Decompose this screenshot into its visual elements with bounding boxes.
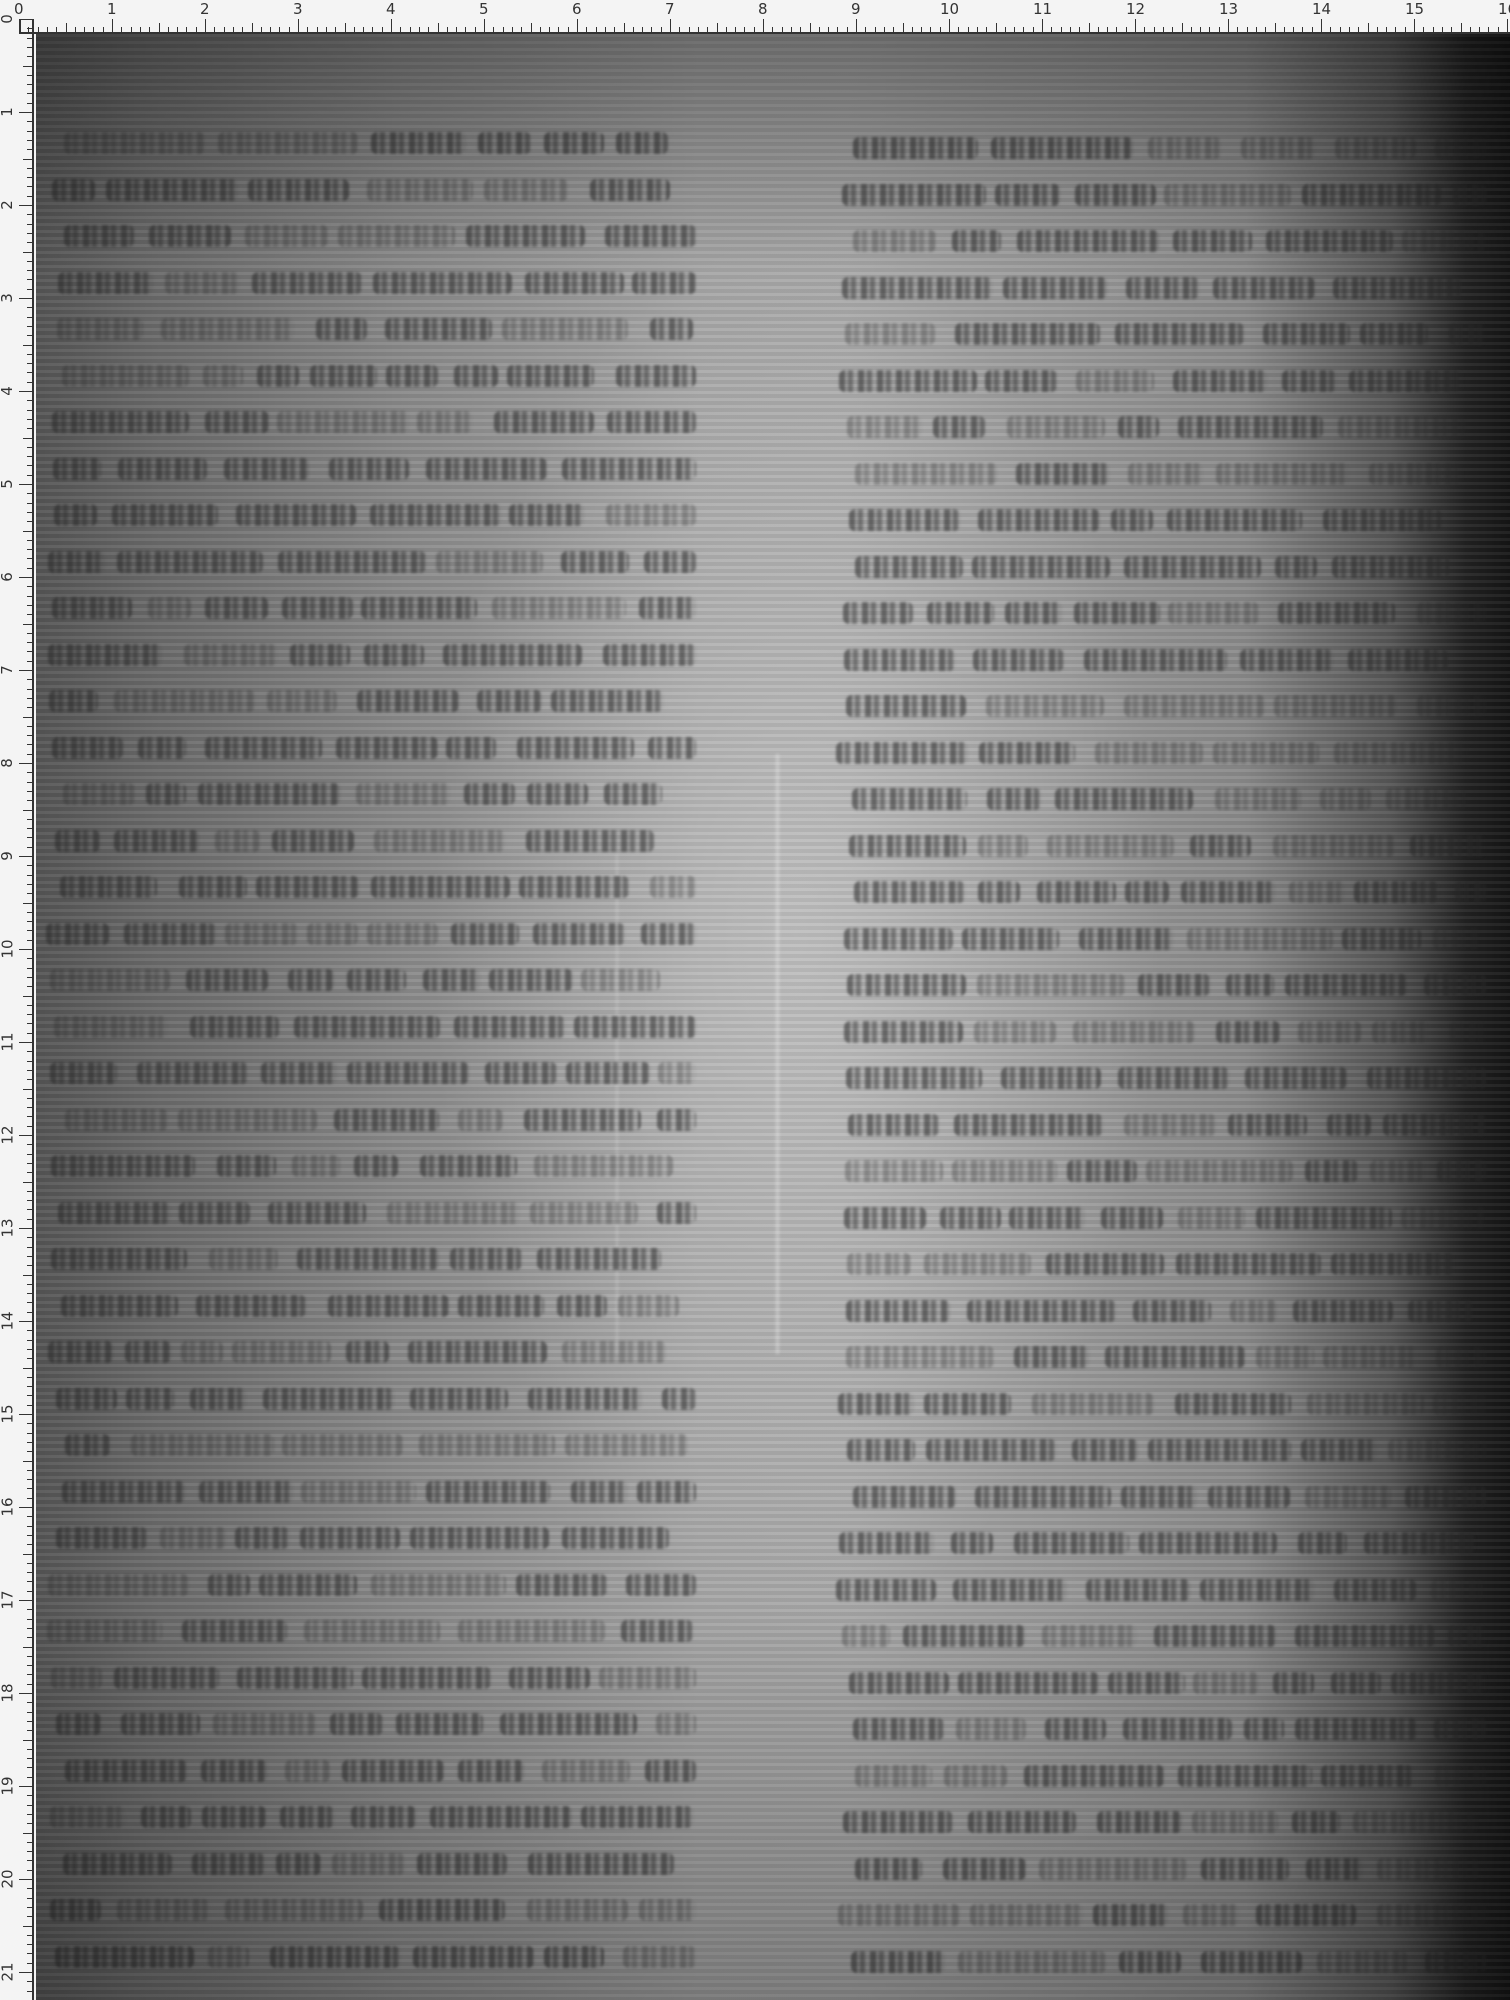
top-ruler-label: 13 <box>1219 0 1238 18</box>
left-ruler-tick <box>19 1786 34 1787</box>
left-ruler-label: 6 <box>0 572 16 582</box>
left-ruler-tick <box>23 159 34 160</box>
top-ruler-tick <box>503 27 504 34</box>
top-ruler-tick <box>279 27 280 34</box>
top-ruler-tick <box>763 19 764 34</box>
left-ruler-tick <box>19 1228 34 1229</box>
left-ruler-tick <box>27 1405 34 1406</box>
top-ruler-tick <box>782 27 783 34</box>
left-ruler-tick <box>19 19 34 20</box>
left-ruler-tick <box>23 1740 34 1741</box>
left-ruler-tick <box>27 354 34 355</box>
left-ruler-tick <box>19 856 34 857</box>
left-ruler-tick <box>27 335 34 336</box>
left-ruler-label: 8 <box>0 758 16 768</box>
top-ruler-tick <box>651 27 652 34</box>
left-ruler-tick <box>27 1870 34 1871</box>
top-ruler-tick <box>168 27 169 34</box>
left-ruler-tick <box>27 1842 34 1843</box>
top-ruler-label: 7 <box>665 0 675 18</box>
top-ruler-tick <box>224 27 225 34</box>
top-ruler-tick <box>270 27 271 34</box>
left-ruler-tick <box>27 968 34 969</box>
top-ruler-tick <box>1228 19 1229 34</box>
left-ruler-tick <box>27 1572 34 1573</box>
top-ruler-tick <box>1386 27 1387 34</box>
top-ruler-tick <box>475 27 476 34</box>
top-ruler-tick <box>1321 19 1322 34</box>
left-ruler-tick <box>27 1544 34 1545</box>
top-ruler-tick <box>1368 23 1369 34</box>
top-ruler-tick <box>810 23 811 34</box>
left-ruler-tick <box>23 1461 34 1462</box>
top-ruler-tick <box>512 27 513 34</box>
top-ruler-tick <box>75 27 76 34</box>
top-ruler-tick <box>465 27 466 34</box>
left-ruler-tick <box>27 596 34 597</box>
left-ruler-tick <box>27 28 34 29</box>
left-ruler-tick <box>27 1498 34 1499</box>
top-ruler-tick <box>1284 27 1285 34</box>
left-ruler-tick <box>27 1991 34 1992</box>
top-ruler-tick <box>186 27 187 34</box>
top-ruler-tick <box>1498 27 1499 34</box>
left-ruler-tick <box>27 1191 34 1192</box>
top-ruler-tick <box>484 19 485 34</box>
top-ruler-label: 6 <box>572 0 582 18</box>
top-ruler-tick <box>930 27 931 34</box>
top-ruler-tick <box>1265 27 1266 34</box>
top-ruler-tick <box>317 27 318 34</box>
left-ruler-tick <box>27 754 34 755</box>
left-ruler-tick <box>27 707 34 708</box>
top-ruler-tick <box>1033 27 1034 34</box>
left-ruler-tick <box>27 1526 34 1527</box>
left-ruler-label: 14 <box>0 1311 17 1330</box>
left-ruler-tick <box>27 1163 34 1164</box>
top-ruler-tick <box>865 27 866 34</box>
left-ruler-tick <box>27 75 34 76</box>
top-ruler-tick <box>84 27 85 34</box>
left-ruler-tick <box>27 1953 34 1954</box>
top-ruler-tick <box>558 27 559 34</box>
left-ruler-label: 19 <box>0 1776 17 1795</box>
top-ruler-tick <box>856 19 857 34</box>
top-ruler-tick <box>1163 27 1164 34</box>
left-ruler-tick <box>27 400 34 401</box>
left-ruler-tick <box>27 326 34 327</box>
left-ruler-tick <box>27 196 34 197</box>
top-ruler-tick <box>438 23 439 34</box>
top-ruler-tick <box>1340 27 1341 34</box>
top-ruler-tick <box>1135 19 1136 34</box>
left-ruler-tick <box>19 391 34 392</box>
top-ruler-tick <box>1330 27 1331 34</box>
top-ruler-tick <box>1377 27 1378 34</box>
top-ruler-tick <box>289 27 290 34</box>
left-ruler-tick <box>27 568 34 569</box>
top-ruler-tick <box>1395 27 1396 34</box>
left-ruler-tick <box>27 1628 34 1629</box>
top-ruler-tick <box>1014 27 1015 34</box>
left-ruler-tick <box>27 93 34 94</box>
top-ruler-tick <box>670 19 671 34</box>
top-ruler-label: 10 <box>940 0 959 18</box>
left-ruler-tick <box>27 586 34 587</box>
left-ruler-label: 18 <box>0 1683 17 1702</box>
left-ruler-tick <box>27 1851 34 1852</box>
left-ruler-tick <box>27 279 34 280</box>
top-ruler-tick <box>1172 27 1173 34</box>
top-ruler-tick <box>828 27 829 34</box>
left-ruler-label: 21 <box>0 1962 17 1981</box>
top-ruler-tick <box>1154 27 1155 34</box>
left-ruler-tick <box>27 503 34 504</box>
top-ruler-tick <box>679 27 680 34</box>
left-ruler-tick <box>27 475 34 476</box>
left-ruler-label: 4 <box>0 386 16 396</box>
top-ruler-tick <box>205 19 206 34</box>
top-ruler-tick <box>1209 27 1210 34</box>
left-ruler-tick <box>27 1721 34 1722</box>
left-ruler-tick <box>27 214 34 215</box>
left-ruler-tick <box>27 1005 34 1006</box>
left-ruler-tick <box>27 1916 34 1917</box>
left-ruler-tick <box>27 1860 34 1861</box>
left-ruler-tick <box>27 521 34 522</box>
top-ruler-tick <box>1061 27 1062 34</box>
left-ruler-tick <box>27 1172 34 1173</box>
left-ruler-tick <box>27 549 34 550</box>
top-ruler-tick <box>1405 27 1406 34</box>
left-ruler-tick <box>27 1247 34 1248</box>
left-ruler-tick <box>23 1833 34 1834</box>
top-ruler-tick <box>521 27 522 34</box>
left-ruler-tick <box>27 875 34 876</box>
left-ruler-tick <box>27 540 34 541</box>
top-ruler-tick <box>726 27 727 34</box>
top-ruler-tick <box>140 27 141 34</box>
left-ruler-tick <box>27 847 34 848</box>
top-ruler-tick <box>1433 27 1434 34</box>
left-ruler-tick <box>27 977 34 978</box>
left-ruler-tick <box>27 912 34 913</box>
left-ruler-tick <box>27 56 34 57</box>
left-ruler-tick <box>27 1758 34 1759</box>
top-ruler-label: 1 <box>107 0 117 18</box>
left-ruler-tick <box>27 1154 34 1155</box>
left-ruler-tick <box>23 903 34 904</box>
left-ruler-tick <box>27 1237 34 1238</box>
top-ruler-tick <box>1349 27 1350 34</box>
left-ruler-tick <box>19 1693 34 1694</box>
left-ruler-tick <box>27 1395 34 1396</box>
left-ruler-tick <box>19 1042 34 1043</box>
top-ruler-tick <box>66 23 67 34</box>
left-ruler-tick <box>27 168 34 169</box>
left-ruler-tick <box>19 205 34 206</box>
left-ruler-tick <box>27 1712 34 1713</box>
top-ruler-tick <box>382 27 383 34</box>
top-ruler-tick <box>819 27 820 34</box>
top-ruler-tick <box>410 27 411 34</box>
top-ruler-tick <box>875 27 876 34</box>
left-ruler-tick <box>27 1293 34 1294</box>
top-ruler-tick <box>698 27 699 34</box>
top-ruler-tick <box>531 23 532 34</box>
top-ruler-tick <box>391 19 392 34</box>
left-ruler-tick <box>23 1275 34 1276</box>
left-ruler-tick <box>27 1795 34 1796</box>
left-ruler-tick <box>27 1219 34 1220</box>
top-ruler-tick <box>1126 27 1127 34</box>
left-ruler-tick <box>27 1433 34 1434</box>
left-ruler-tick <box>27 307 34 308</box>
left-ruler-tick <box>27 679 34 680</box>
left-ruler-tick <box>27 1033 34 1034</box>
left-ruler-tick <box>23 810 34 811</box>
left-ruler-tick <box>27 131 34 132</box>
left-ruler-label: 9 <box>0 851 16 861</box>
left-ruler-tick <box>27 493 34 494</box>
top-ruler-tick <box>447 27 448 34</box>
top-ruler-tick <box>633 27 634 34</box>
left-ruler-label: 13 <box>0 1218 17 1237</box>
top-ruler-tick <box>605 27 606 34</box>
left-ruler-tick <box>23 1554 34 1555</box>
top-ruler-tick <box>912 27 913 34</box>
left-ruler-tick <box>27 800 34 801</box>
left-ruler-tick <box>27 1535 34 1536</box>
left-ruler-tick <box>27 1767 34 1768</box>
left-ruler-tick <box>27 419 34 420</box>
left-ruler-tick <box>27 782 34 783</box>
top-ruler-tick <box>372 27 373 34</box>
top-ruler-tick <box>549 27 550 34</box>
top-ruler-tick <box>586 27 587 34</box>
left-ruler-tick <box>27 884 34 885</box>
top-ruler-tick <box>233 27 234 34</box>
left-ruler-tick <box>27 224 34 225</box>
top-ruler-tick <box>772 27 773 34</box>
left-ruler-tick <box>27 1777 34 1778</box>
left-ruler-tick <box>27 1451 34 1452</box>
left-ruler-tick <box>27 661 34 662</box>
left-ruler-tick <box>27 558 34 559</box>
left-ruler-tick <box>27 930 34 931</box>
top-ruler-tick <box>1293 27 1294 34</box>
left-ruler-tick <box>27 1814 34 1815</box>
left-ruler-tick <box>23 345 34 346</box>
top-ruler-label: 9 <box>851 0 861 18</box>
top-ruler-tick <box>744 27 745 34</box>
left-ruler-tick <box>27 1563 34 1564</box>
left-ruler-tick <box>27 772 34 773</box>
left-ruler-tick <box>27 1898 34 1899</box>
top-ruler-tick <box>335 27 336 34</box>
left-ruler-tick <box>27 1386 34 1387</box>
left-ruler-label: 3 <box>0 293 16 303</box>
left-ruler-tick <box>27 47 34 48</box>
top-ruler-tick <box>400 27 401 34</box>
left-ruler-tick <box>27 261 34 262</box>
top-ruler-tick <box>624 23 625 34</box>
left-ruler-tick <box>27 410 34 411</box>
top-ruler-tick <box>1200 27 1201 34</box>
left-ruler-tick <box>27 1340 34 1341</box>
left-ruler-tick <box>27 1144 34 1145</box>
left-ruler-tick <box>27 744 34 745</box>
top-ruler-tick <box>949 19 950 34</box>
left-ruler-tick <box>19 1321 34 1322</box>
left-ruler-label: 20 <box>0 1869 17 1888</box>
left-ruler-tick <box>27 1637 34 1638</box>
top-ruler-tick <box>1451 27 1452 34</box>
left-ruler-tick <box>27 140 34 141</box>
left-ruler-tick <box>23 1182 34 1183</box>
top-ruler-tick <box>112 19 113 34</box>
left-ruler-tick <box>27 363 34 364</box>
top-ruler-tick <box>493 27 494 34</box>
top-ruler-tick <box>1247 27 1248 34</box>
left-ruler: 0123456789101112131415161718192021 <box>0 19 34 2000</box>
top-ruler-tick <box>717 23 718 34</box>
top-ruler-tick <box>921 27 922 34</box>
left-ruler-tick <box>27 651 34 652</box>
left-ruler-tick <box>27 633 34 634</box>
left-ruler-tick <box>27 865 34 866</box>
left-ruler-tick <box>19 298 34 299</box>
left-ruler-tick <box>27 233 34 234</box>
left-ruler-tick <box>27 1107 34 1108</box>
top-ruler-tick <box>242 27 243 34</box>
left-ruler-label: 5 <box>0 479 16 489</box>
top-ruler-tick <box>754 27 755 34</box>
left-ruler-tick <box>19 577 34 578</box>
left-ruler-tick <box>23 66 34 67</box>
top-ruler-tick <box>1079 27 1080 34</box>
left-ruler-tick <box>23 438 34 439</box>
top-ruler-tick <box>1414 19 1415 34</box>
top-ruler-tick <box>456 27 457 34</box>
left-ruler-tick <box>27 1302 34 1303</box>
left-ruler-tick <box>27 1907 34 1908</box>
left-ruler-tick <box>27 940 34 941</box>
top-ruler-tick <box>1107 27 1108 34</box>
left-ruler-tick <box>23 1089 34 1090</box>
top-ruler-tick <box>940 27 941 34</box>
top-ruler-tick <box>1042 19 1043 34</box>
left-ruler-tick <box>27 1749 34 1750</box>
left-ruler-tick <box>27 1665 34 1666</box>
left-ruler-tick <box>27 1209 34 1210</box>
left-ruler-tick <box>27 1702 34 1703</box>
top-ruler-tick <box>1275 23 1276 34</box>
top-ruler-tick <box>1256 27 1257 34</box>
top-ruler-tick <box>1479 27 1480 34</box>
left-ruler-label: 1 <box>0 107 16 117</box>
top-ruler-tick <box>252 23 253 34</box>
top-ruler-tick <box>1219 27 1220 34</box>
left-ruler-tick <box>27 1014 34 1015</box>
top-ruler-tick <box>577 19 578 34</box>
top-ruler-label: 11 <box>1033 0 1052 18</box>
top-ruler-label: 14 <box>1312 0 1331 18</box>
top-ruler-tick <box>1312 27 1313 34</box>
left-ruler-tick <box>23 1926 34 1927</box>
left-ruler-tick <box>27 121 34 122</box>
top-ruler-tick <box>903 23 904 34</box>
left-ruler-tick <box>27 447 34 448</box>
left-ruler-tick <box>27 605 34 606</box>
top-ruler-tick <box>735 27 736 34</box>
left-ruler-tick <box>27 698 34 699</box>
left-ruler-tick <box>27 382 34 383</box>
left-ruler-label: 10 <box>0 939 17 958</box>
top-ruler-tick <box>363 27 364 34</box>
top-ruler-tick <box>837 27 838 34</box>
left-ruler-tick <box>19 1879 34 1880</box>
left-ruler-tick <box>27 317 34 318</box>
top-ruler-tick <box>1023 27 1024 34</box>
left-ruler-tick <box>27 1312 34 1313</box>
top-ruler-tick <box>298 19 299 34</box>
left-ruler-tick <box>23 717 34 718</box>
left-ruler-tick <box>27 1470 34 1471</box>
left-ruler-tick <box>27 289 34 290</box>
top-ruler-tick <box>1237 27 1238 34</box>
left-ruler-tick <box>19 1414 34 1415</box>
left-ruler-tick <box>27 1656 34 1657</box>
left-ruler-tick <box>27 921 34 922</box>
left-ruler-tick <box>27 1061 34 1062</box>
left-ruler-label: 15 <box>0 1404 17 1423</box>
top-ruler-tick <box>791 27 792 34</box>
left-ruler-tick <box>27 735 34 736</box>
left-ruler-tick <box>27 1944 34 1945</box>
manuscript-scan <box>36 34 1510 2000</box>
top-ruler-tick <box>986 27 987 34</box>
top-ruler-tick <box>1051 27 1052 34</box>
left-ruler-tick <box>19 1600 34 1601</box>
left-ruler-tick <box>19 1972 34 1973</box>
top-ruler-tick <box>93 27 94 34</box>
left-ruler-tick <box>27 1730 34 1731</box>
top-ruler-tick <box>149 27 150 34</box>
top-ruler-tick <box>1144 27 1145 34</box>
left-ruler-tick <box>27 1079 34 1080</box>
top-ruler-tick <box>326 27 327 34</box>
left-ruler-label: 0 <box>0 14 16 24</box>
left-ruler-tick <box>23 1647 34 1648</box>
top-ruler-tick <box>1089 23 1090 34</box>
top-ruler-label: 4 <box>386 0 396 18</box>
top-ruler-tick <box>1098 27 1099 34</box>
left-ruler-tick <box>27 372 34 373</box>
top-ruler-tick <box>642 27 643 34</box>
left-ruler-tick <box>27 1823 34 1824</box>
top-ruler-tick <box>354 27 355 34</box>
left-ruler-tick <box>19 949 34 950</box>
top-ruler-tick <box>1005 27 1006 34</box>
top-ruler-tick <box>596 27 597 34</box>
top-ruler-tick <box>1182 23 1183 34</box>
left-ruler-tick <box>27 1070 34 1071</box>
top-ruler-tick <box>1470 27 1471 34</box>
top-ruler-tick <box>847 27 848 34</box>
top-ruler-tick <box>689 27 690 34</box>
left-ruler-tick <box>27 270 34 271</box>
